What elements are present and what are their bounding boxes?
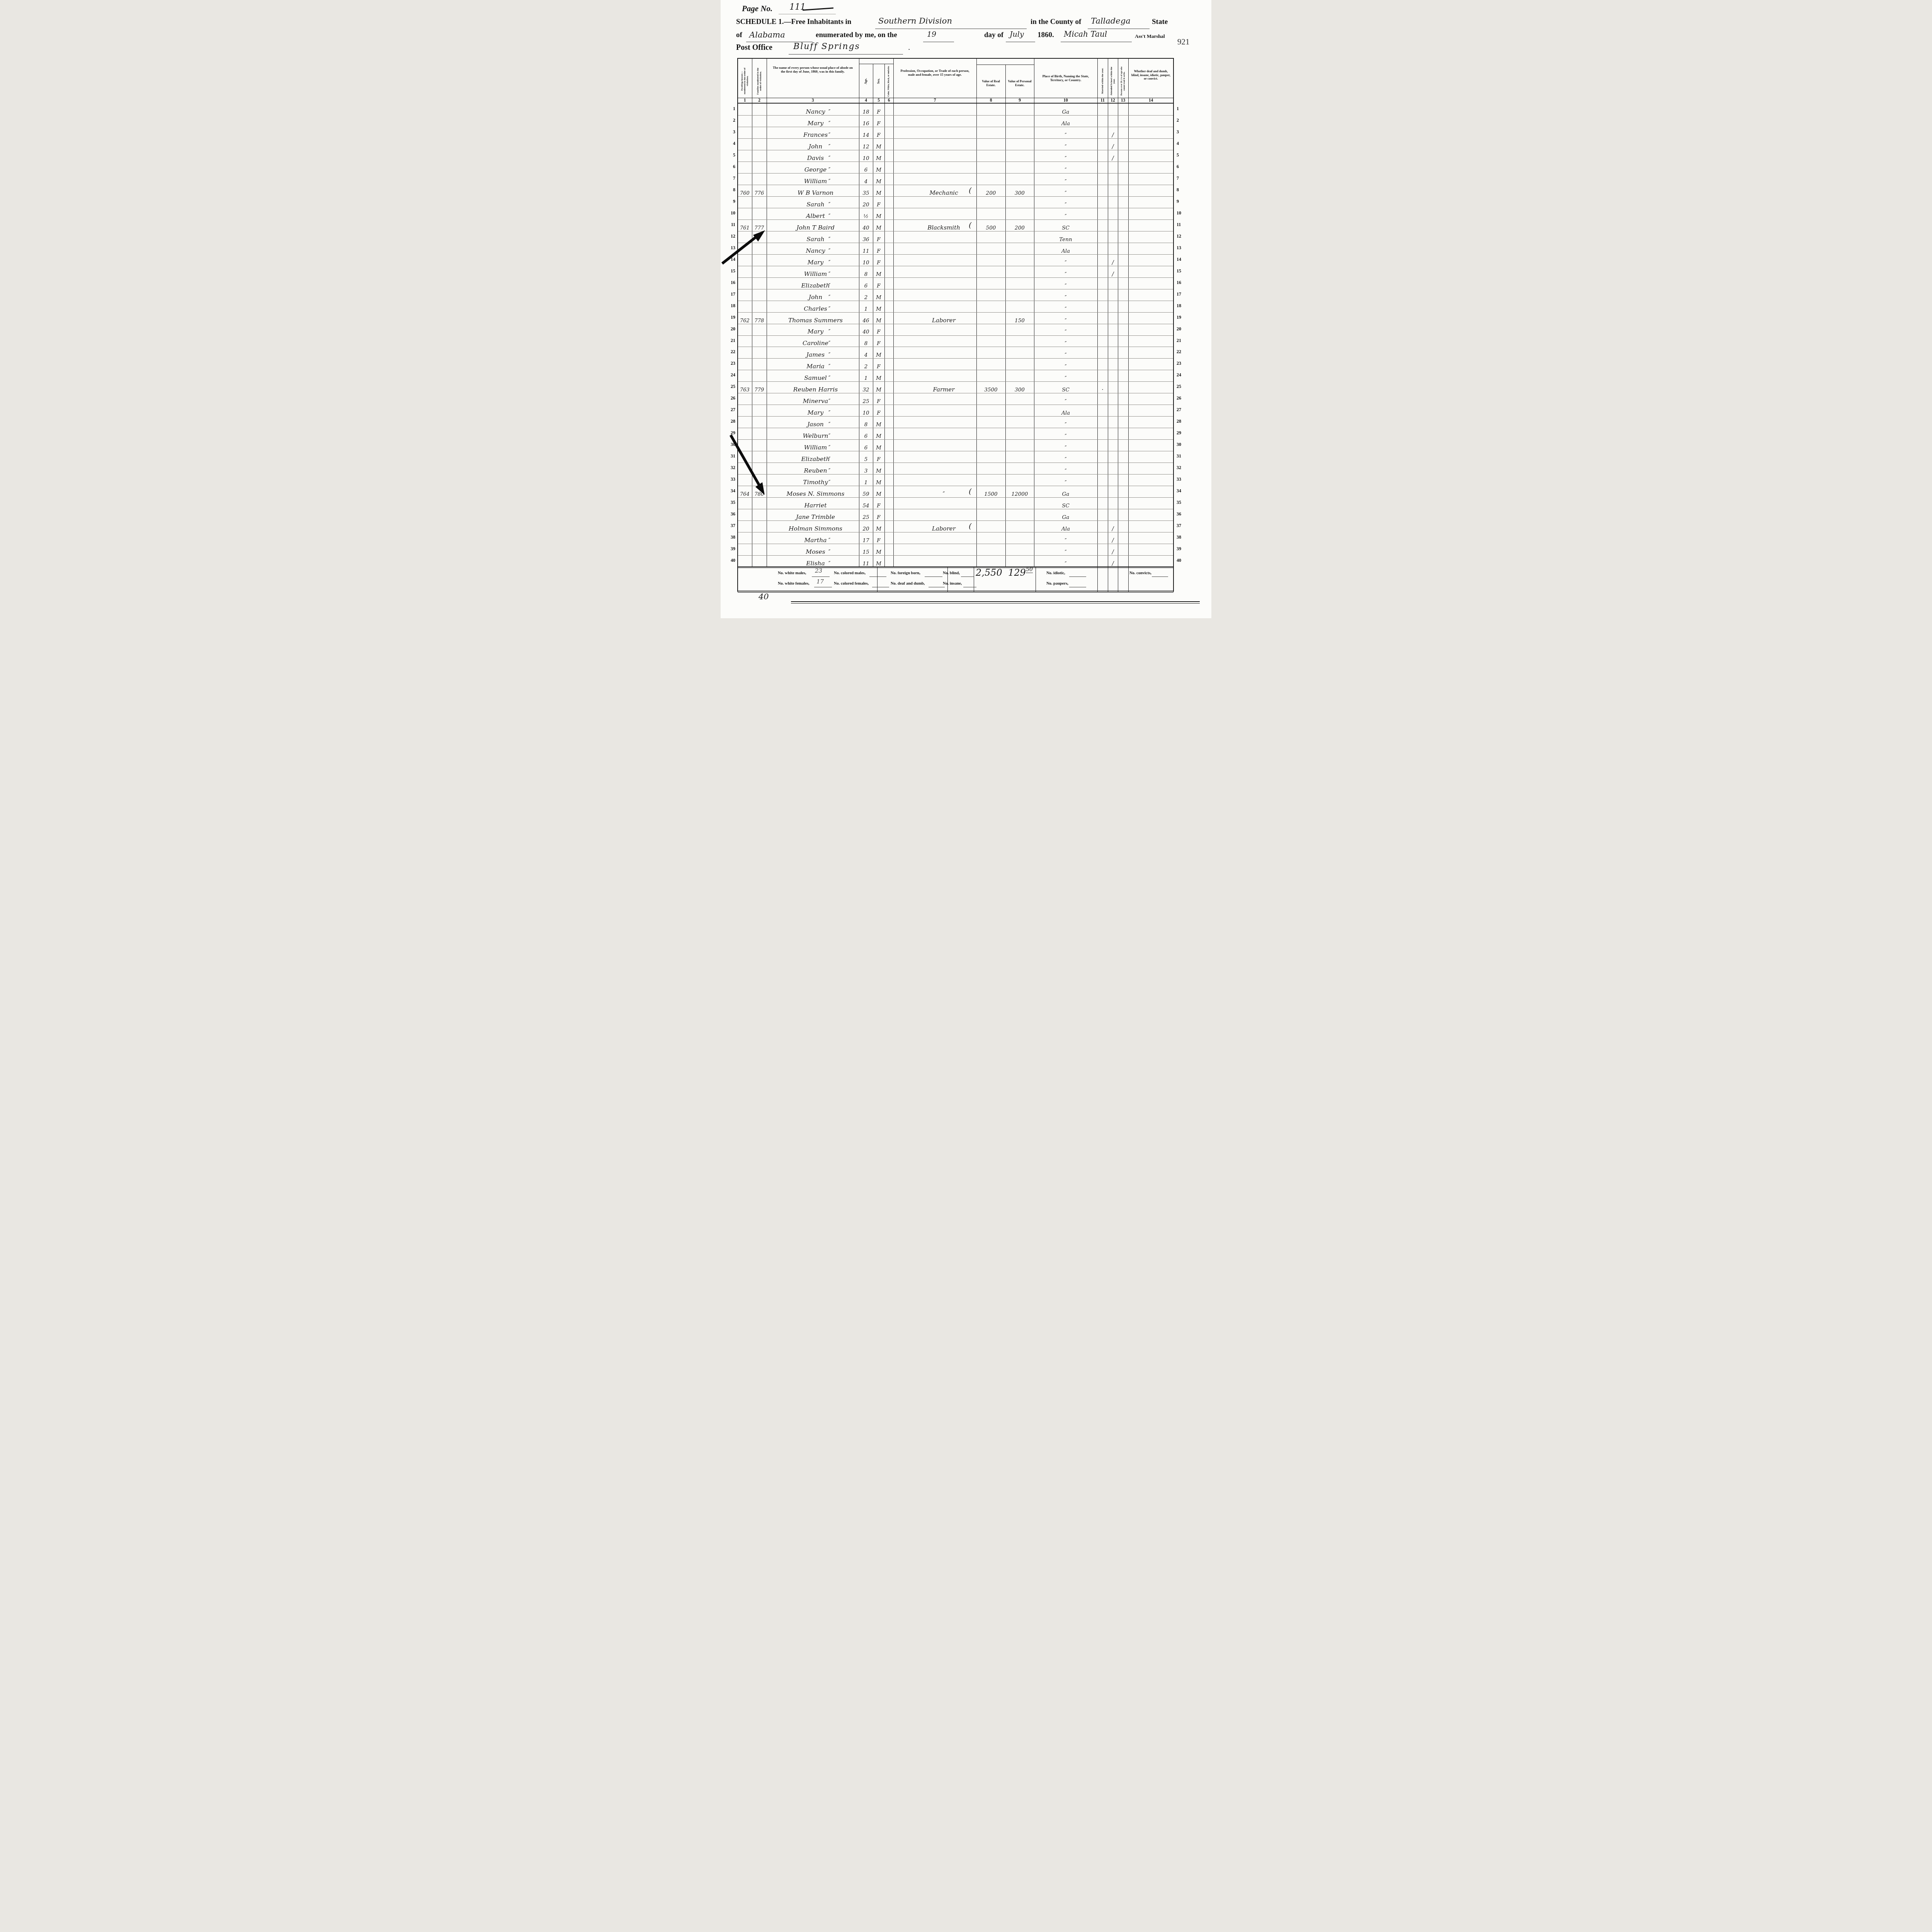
row-number-left-36: 36 <box>723 511 735 517</box>
cell-birthplace-r8: ″ <box>1034 185 1097 197</box>
cell-age-r30: 6 <box>859 439 873 452</box>
cell-age-r5: 10 <box>859 150 873 163</box>
cell-sex-r1: F <box>873 104 884 116</box>
cell-name-ditto-r17: ″ <box>828 289 838 302</box>
row-number-left-2: 2 <box>723 117 735 123</box>
row-number-left-24: 24 <box>723 372 735 378</box>
cell-birthplace-r24: ″ <box>1034 370 1097 383</box>
cell-age-r32: 3 <box>859 463 873 475</box>
cell-age-r2: 16 <box>859 115 873 128</box>
cell-age-r18: 1 <box>859 301 873 313</box>
cell-age-r9: 20 <box>859 196 873 209</box>
cell-occupation-r19: Laborer <box>911 312 976 325</box>
cell-name-r7: William <box>772 173 859 186</box>
cell-age-r27: 10 <box>859 405 873 417</box>
row-number-right-10: 10 <box>1177 210 1189 216</box>
cell-birthplace-r3: ″ <box>1034 127 1097 139</box>
col-header-13: Persons over 20 y'rs of age who cannot r… <box>1118 66 1128 97</box>
row-number-right-39: 39 <box>1177 546 1189 552</box>
cell-occupation-r25: Farmer <box>911 381 976 394</box>
cell-real-estate-r25: 3500 <box>976 381 1005 394</box>
cell-birthplace-r29: ″ <box>1034 428 1097 440</box>
cell-birthplace-r15: ″ <box>1034 266 1097 279</box>
col-header-7: Profession, Occupation, or Trade of each… <box>900 69 970 77</box>
cell-sex-r7: M <box>873 173 884 186</box>
footer-vline-5 <box>1108 567 1108 592</box>
cell-age-r17: 2 <box>859 289 873 302</box>
cell-birthplace-r36: Ga <box>1034 509 1097 522</box>
footer-line1-blank-3 <box>961 577 974 577</box>
row-number-left-10: 10 <box>723 210 735 216</box>
cell-name-ditto-r40: ″ <box>828 555 838 568</box>
cell-personal-estate-r25: 300 <box>1005 381 1034 394</box>
cell-sex-r31: F <box>873 451 884 464</box>
footer-vline-1 <box>947 567 948 592</box>
cell-age-r34: 59 <box>859 486 873 498</box>
cell-name-r38: Martha <box>772 532 859 545</box>
col-number-8: 8 <box>976 98 1005 103</box>
cell-name-ditto-r31: ″ <box>828 451 838 464</box>
row-number-right-29: 29 <box>1177 430 1189 436</box>
footer-vline-2 <box>974 567 974 592</box>
col-number-2: 2 <box>752 98 767 103</box>
cell-birthplace-r25: SC <box>1034 381 1097 394</box>
schedule-title: SCHEDULE 1.—Free Inhabitants in <box>736 18 851 26</box>
row-number-left-17: 17 <box>723 291 735 297</box>
cell-birthplace-r39: ″ <box>1034 544 1097 556</box>
footer-line2-blank-2 <box>929 587 945 587</box>
cell-sex-r28: M <box>873 416 884 429</box>
cell-name-r21: Caroline <box>772 335 859 348</box>
cell-occupation-r37: Laborer <box>911 520 976 533</box>
cell-birthplace-r9: ″ <box>1034 196 1097 209</box>
division-underline <box>875 29 1027 29</box>
cell-age-r24: 1 <box>859 370 873 383</box>
cell-age-r40: 11 <box>859 555 873 568</box>
cell-name-ditto-r16: ″ <box>828 277 838 291</box>
footer-line2-blank-1 <box>872 587 889 587</box>
marshal-underline <box>1061 42 1132 42</box>
cell-sex-r20: F <box>873 324 884 337</box>
col-number-3: 3 <box>767 98 859 103</box>
cell-sex-r29: M <box>873 428 884 440</box>
cell-sex-r10: M <box>873 208 884 221</box>
cell-school-r4: / <box>1108 138 1118 151</box>
cell-age-r28: 8 <box>859 416 873 429</box>
row-number-right-31: 31 <box>1177 453 1189 459</box>
row-number-left-23: 23 <box>723 361 735 366</box>
cell-age-r26: 25 <box>859 393 873 406</box>
cell-sex-r23: F <box>873 358 884 371</box>
cell-birthplace-r10: ″ <box>1034 208 1097 221</box>
cell-name-r31: Elizabeth <box>772 451 859 464</box>
cell-birthplace-r7: ″ <box>1034 173 1097 186</box>
cell-name-r10: Albert <box>772 208 859 221</box>
cell-sex-r19: M <box>873 312 884 325</box>
cell-name-r12: Sarah <box>772 231 859 244</box>
cell-sex-r8: M <box>873 185 884 197</box>
row-number-left-20: 20 <box>723 326 735 332</box>
cell-name-r9: Sarah <box>772 196 859 209</box>
cell-name-r40: Elisha <box>772 555 859 568</box>
cell-school-r14: / <box>1108 254 1118 267</box>
cell-name-r34: Moses N. Simmons <box>772 486 859 498</box>
cell-dwelling-r19: 762 <box>738 312 752 325</box>
row-number-right-36: 36 <box>1177 511 1189 517</box>
row-number-right-14: 14 <box>1177 257 1189 262</box>
month-underline <box>1006 42 1035 42</box>
cell-family-r8: 776 <box>752 185 767 197</box>
cell-name-ditto-r29: ″ <box>828 428 838 441</box>
footer-line1-label-3: No. blind, <box>943 571 960 575</box>
cell-birthplace-r22: ″ <box>1034 347 1097 359</box>
cell-age-r38: 17 <box>859 532 873 545</box>
cell-name-r3: Frances <box>772 127 859 139</box>
cell-name-r11: John T Baird <box>772 219 859 232</box>
row-number-left-39: 39 <box>723 546 735 552</box>
bottom-rule-1 <box>791 601 1200 602</box>
row-number-right-32: 32 <box>1177 465 1189 471</box>
day-of-label: day of <box>984 31 1003 39</box>
cell-birthplace-r23: ″ <box>1034 358 1097 371</box>
cell-name-r4: John <box>772 138 859 151</box>
cell-dwelling-r8: 760 <box>738 185 752 197</box>
cell-name-r32: Reuben <box>772 463 859 475</box>
row-number-left-28: 28 <box>723 418 735 424</box>
footer-vline-6 <box>1118 567 1118 592</box>
footer-line1-blank-5 <box>1152 577 1168 577</box>
cell-age-r10: ½ <box>859 208 873 221</box>
cell-birthplace-r27: Ala <box>1034 405 1097 417</box>
row-number-right-40: 40 <box>1177 558 1189 563</box>
row-number-left-9: 9 <box>723 199 735 204</box>
cell-age-r21: 8 <box>859 335 873 348</box>
cell-birthplace-r35: SC <box>1034 497 1097 510</box>
col-number-4: 4 <box>859 98 873 103</box>
cell-age-r37: 20 <box>859 520 873 533</box>
cell-name-ditto-r38: ″ <box>828 532 838 545</box>
page-no-underline <box>779 14 836 14</box>
row-number-right-4: 4 <box>1177 141 1189 146</box>
of-label: of <box>736 31 742 39</box>
cell-school-r39: / <box>1108 544 1118 556</box>
cell-age-r39: 15 <box>859 544 873 556</box>
row-number-right-17: 17 <box>1177 291 1189 297</box>
cell-personal-estate-r19: 150 <box>1005 312 1034 325</box>
cell-name-ditto-r2: ″ <box>828 115 838 128</box>
year-label: 1860. <box>1037 31 1054 39</box>
cell-sex-r37: M <box>873 520 884 533</box>
footer-line2-value-0: 17 <box>816 578 824 585</box>
page-no-label: Page No. <box>742 4 772 14</box>
cell-name-ditto-r27: ″ <box>828 405 838 418</box>
cell-sex-r12: F <box>873 231 884 244</box>
cell-name-r33: Timothy <box>772 474 859 487</box>
col-header-2: Families numbered in the order of visita… <box>752 66 766 97</box>
row-number-left-26: 26 <box>723 395 735 401</box>
footer-line2-label-0: No. white females, <box>778 582 810 586</box>
col-number-11: 11 <box>1097 98 1108 103</box>
cell-birthplace-r1: Ga <box>1034 104 1097 116</box>
bottom-rule-2 <box>791 603 1200 604</box>
footer-line2-label-2: No. deaf and dumb, <box>891 582 925 586</box>
cell-sex-r16: F <box>873 277 884 290</box>
col-number-14: 14 <box>1128 98 1173 103</box>
row-number-left-5: 5 <box>723 152 735 158</box>
row-number-right-25: 25 <box>1177 384 1189 389</box>
cell-birthplace-r14: ″ <box>1034 254 1097 267</box>
cell-name-ditto-r3: ″ <box>828 127 838 140</box>
row-number-left-37: 37 <box>723 523 735 529</box>
annotation-arrow-lower <box>724 432 775 502</box>
row-number-right-38: 38 <box>1177 534 1189 540</box>
footer-line1-blank-4 <box>1069 577 1086 577</box>
col-number-9: 9 <box>1005 98 1034 103</box>
cell-occ-mark-r11: ( <box>969 218 976 230</box>
cell-name-r5: Davis <box>772 150 859 163</box>
row-number-left-7: 7 <box>723 175 735 181</box>
cell-age-r12: 36 <box>859 231 873 244</box>
cell-birthplace-r18: ″ <box>1034 301 1097 313</box>
cell-occ-mark-r8: ( <box>969 183 976 196</box>
marshal-name: Micah Taul <box>1064 29 1107 39</box>
cell-name-r29: Welburn <box>772 428 859 440</box>
cell-name-ditto-r32: ″ <box>828 463 838 476</box>
col-number-5: 5 <box>873 98 884 103</box>
cell-birthplace-r38: ″ <box>1034 532 1097 545</box>
cell-name-r35: Harriet <box>772 497 859 510</box>
cell-school-r40: / <box>1108 555 1118 568</box>
post-office-label: Post Office <box>736 43 772 52</box>
footer-line2-label-3: No. insane, <box>943 582 962 586</box>
cell-sex-r5: M <box>873 150 884 163</box>
col-header-14: Whether deaf and dumb, blind, insane, id… <box>1131 70 1171 81</box>
cell-sex-r35: F <box>873 497 884 510</box>
row-number-right-3: 3 <box>1177 129 1189 135</box>
annotation-arrow-upper <box>721 223 775 269</box>
cell-sex-r11: M <box>873 219 884 232</box>
month-value: July <box>1010 30 1024 39</box>
col-header-5: Sex. <box>873 66 884 97</box>
row-number-left-40: 40 <box>723 558 735 563</box>
cell-name-r27: Mary <box>772 405 859 417</box>
cell-age-r33: 1 <box>859 474 873 487</box>
col-header-11: Married within the year. <box>1098 66 1107 97</box>
cell-name-ditto-r22: ″ <box>828 347 838 360</box>
row-number-right-34: 34 <box>1177 488 1189 494</box>
cell-sex-r30: M <box>873 439 884 452</box>
county-value: Talladega <box>1091 16 1131 26</box>
cell-name-r39: Moses <box>772 544 859 556</box>
cell-sex-r38: F <box>873 532 884 545</box>
col-number-6: 6 <box>884 98 893 103</box>
post-office-period: . <box>908 46 910 52</box>
row-number-left-18: 18 <box>723 303 735 309</box>
cell-name-ditto-r30: ″ <box>828 439 838 452</box>
cell-age-r8: 35 <box>859 185 873 197</box>
col-header-1: Dwelling-houses— numbered in the order o… <box>738 66 752 97</box>
cell-occupation-r11: Blacksmith <box>911 219 976 232</box>
row-number-right-13: 13 <box>1177 245 1189 251</box>
cell-family-r25: 779 <box>752 381 767 394</box>
cell-name-ditto-r12: ″ <box>828 231 838 244</box>
cell-dwelling-r25: 763 <box>738 381 752 394</box>
footer-line1-blank-2 <box>925 577 942 577</box>
cell-name-r17: John <box>772 289 859 302</box>
cell-age-r1: 18 <box>859 104 873 116</box>
cell-age-r25: 32 <box>859 381 873 394</box>
cell-age-r29: 6 <box>859 428 873 440</box>
row-number-right-5: 5 <box>1177 152 1189 158</box>
row-number-right-35: 35 <box>1177 500 1189 505</box>
cell-name-r36: Jane Trimble <box>772 509 859 522</box>
cell-real-estate-r11: 500 <box>976 219 1005 232</box>
footer-total-personal-estate: 129 <box>1008 567 1026 578</box>
row-number-left-38: 38 <box>723 534 735 540</box>
cell-age-r13: 11 <box>859 243 873 255</box>
cell-sex-r39: M <box>873 544 884 556</box>
row-number-left-6: 6 <box>723 164 735 170</box>
cell-sex-r27: F <box>873 405 884 417</box>
footer-line1-label-0: No. white males, <box>778 571 806 575</box>
cell-sex-r17: M <box>873 289 884 302</box>
table-vborder-1 <box>1173 58 1174 592</box>
cell-name-ditto-r9: ″ <box>828 196 838 209</box>
row-number-right-6: 6 <box>1177 164 1189 170</box>
cell-birthplace-r2: Ala <box>1034 115 1097 128</box>
cell-age-r19: 46 <box>859 312 873 325</box>
cell-sex-r13: F <box>873 243 884 255</box>
cell-sex-r32: M <box>873 463 884 475</box>
cell-age-r36: 25 <box>859 509 873 522</box>
cell-name-ditto-r13: ″ <box>828 243 838 256</box>
cell-real-estate-r34: 1500 <box>976 486 1005 498</box>
cell-age-r31: 5 <box>859 451 873 464</box>
row-number-right-23: 23 <box>1177 361 1189 366</box>
cell-birthplace-r5: ″ <box>1034 150 1097 163</box>
col-header-3: The name of every person whose usual pla… <box>771 66 854 73</box>
cell-name-r28: Jason <box>772 416 859 429</box>
state-label: State <box>1152 18 1168 26</box>
cell-name-ditto-r33: ″ <box>828 474 838 487</box>
cell-birthplace-r26: ″ <box>1034 393 1097 406</box>
cell-birthplace-r33: ″ <box>1034 474 1097 487</box>
row-number-left-19: 19 <box>723 315 735 320</box>
cell-sex-r4: M <box>873 138 884 151</box>
cell-personal-estate-r34: 12000 <box>1005 486 1034 498</box>
row-number-left-25: 25 <box>723 384 735 389</box>
footer-line1-label-5: No. convicts, <box>1129 571 1151 575</box>
cell-personal-estate-r8: 300 <box>1005 185 1034 197</box>
cell-sex-r9: F <box>873 196 884 209</box>
row-number-right-21: 21 <box>1177 338 1189 344</box>
cell-birthplace-r34: Ga <box>1034 486 1097 498</box>
row-number-right-1: 1 <box>1177 106 1189 112</box>
enumerated-label: enumerated by me, on the <box>816 31 897 39</box>
row-number-right-11: 11 <box>1177 222 1189 228</box>
cell-occupation-r34: ″ <box>911 486 976 498</box>
cell-name-r19: Thomas Summers <box>772 312 859 325</box>
cell-name-r24: Samuel <box>772 370 859 383</box>
cell-age-r35: 54 <box>859 497 873 510</box>
cell-birthplace-r21: ″ <box>1034 335 1097 348</box>
col-header-6: Color, White, black, or mulatto. <box>885 66 893 97</box>
footer-total-real-estate: 2,550 <box>976 567 1002 578</box>
cell-school-r37: / <box>1108 520 1118 533</box>
cell-school-r38: / <box>1108 532 1118 545</box>
marshal-title: Ass't Marshal <box>1135 33 1165 39</box>
cell-age-r6: 6 <box>859 162 873 174</box>
cell-birthplace-r4: ″ <box>1034 138 1097 151</box>
cell-birthplace-r17: ″ <box>1034 289 1097 302</box>
col-header-10: Place of Birth, Naming the State, Territ… <box>1038 74 1094 82</box>
cell-name-r26: Minerva <box>772 393 859 406</box>
cell-birthplace-r28: ″ <box>1034 416 1097 429</box>
row-number-left-4: 4 <box>723 141 735 146</box>
cell-birthplace-r31: ″ <box>1034 451 1097 464</box>
row-number-right-12: 12 <box>1177 233 1189 239</box>
row-number-right-18: 18 <box>1177 303 1189 309</box>
footer-line1-value-0: 23 <box>815 567 822 574</box>
cell-name-r2: Mary <box>772 115 859 128</box>
table-hborder-6 <box>738 592 1173 592</box>
day-underline <box>923 42 954 42</box>
cell-sex-r26: F <box>873 393 884 406</box>
cell-occ-mark-r34: ( <box>969 484 976 497</box>
row-number-right-33: 33 <box>1177 476 1189 482</box>
row-number-right-30: 30 <box>1177 442 1189 447</box>
cell-birthplace-r16: ″ <box>1034 277 1097 290</box>
cell-name-r20: Mary <box>772 324 859 337</box>
cell-name-r37: Holman Simmons <box>772 520 859 533</box>
cell-age-r7: 4 <box>859 173 873 186</box>
footer-line1-label-4: No. idiotic, <box>1046 571 1065 575</box>
row-number-right-9: 9 <box>1177 199 1189 204</box>
cell-sex-r14: F <box>873 254 884 267</box>
cell-sex-r24: M <box>873 370 884 383</box>
cell-sex-r34: M <box>873 486 884 498</box>
col-number-7: 7 <box>893 98 976 103</box>
cell-birthplace-r19: ″ <box>1034 312 1097 325</box>
col-number-1: 1 <box>738 98 752 103</box>
footer-line2-blank-0 <box>814 587 832 587</box>
cell-age-r20: 40 <box>859 324 873 337</box>
footer-line2-label-4: No. paupers, <box>1046 582 1068 586</box>
footer-total-personal-cents: 50 <box>1026 566 1033 573</box>
cell-name-ditto-r10: ″ <box>828 208 838 221</box>
description-rule <box>859 64 893 64</box>
cell-family-r19: 778 <box>752 312 767 325</box>
row-number-right-28: 28 <box>1177 418 1189 424</box>
cell-age-r23: 2 <box>859 358 873 371</box>
cell-name-r23: Maria <box>772 358 859 371</box>
cell-name-ditto-r4: ″ <box>828 138 838 151</box>
row-number-right-27: 27 <box>1177 407 1189 413</box>
cell-birthplace-r12: Tenn <box>1034 231 1097 244</box>
cell-sex-r2: F <box>873 115 884 128</box>
cell-name-ditto-r20: ″ <box>828 324 838 337</box>
cell-name-r18: Charles <box>772 301 859 313</box>
cell-birthplace-r30: ″ <box>1034 439 1097 452</box>
footer-vline-4 <box>1097 567 1098 592</box>
cell-name-r22: James <box>772 347 859 359</box>
footer-line1-label-2: No. foreign born, <box>891 571 920 575</box>
cell-age-r11: 40 <box>859 219 873 232</box>
cell-sex-r33: M <box>873 474 884 487</box>
cell-birthplace-r32: ″ <box>1034 463 1097 475</box>
footer-line2-blank-4 <box>1069 587 1086 587</box>
col-header-8: Value of Real Estate. <box>978 80 1004 87</box>
